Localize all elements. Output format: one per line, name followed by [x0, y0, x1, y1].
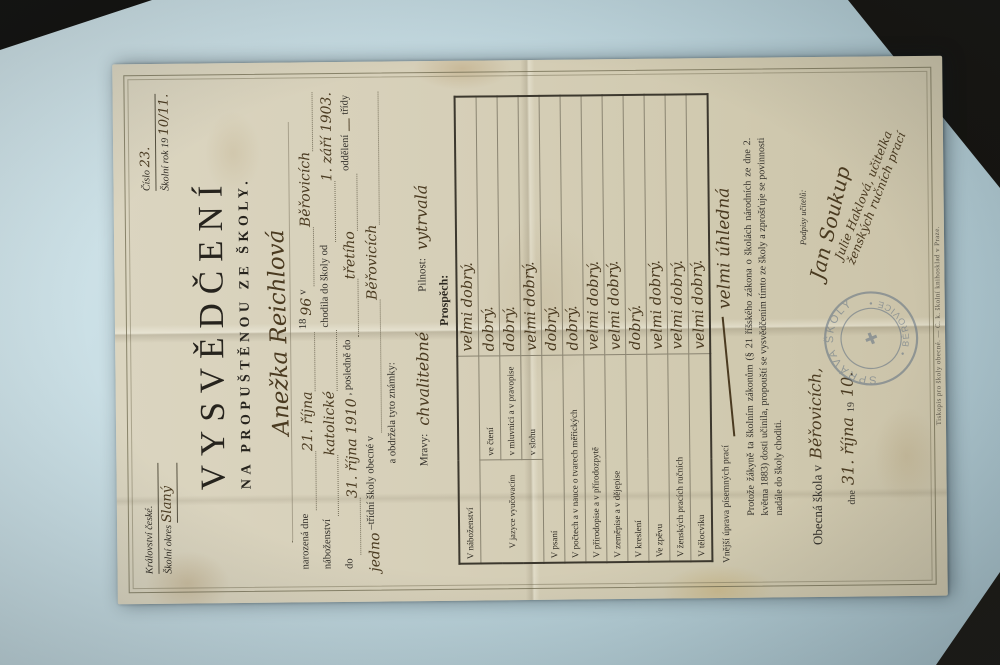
school-type-label: –třídní školy obecné v [360, 433, 383, 533]
prospech-label: Prospěch: [434, 91, 451, 326]
dash-value: — [341, 118, 357, 132]
last-label: , posledně do [337, 337, 360, 399]
mravy-value: chvalitebné [413, 332, 434, 426]
subject-label: V ženských pracích ručních [668, 354, 691, 562]
until-label: do [339, 555, 361, 572]
uprava-label: Vnější úprava písemných prací [718, 445, 735, 563]
marks-label: a obdržela tyto známky: [381, 359, 404, 466]
number-value: 23. [138, 147, 153, 168]
uprava-value: velmi úhledná [716, 188, 733, 310]
mravy-line: Mravy: chvalitebné Pilnost: vytrvalá [410, 91, 434, 466]
grade-value: velmi dobrý. [692, 260, 705, 350]
uprava-line: Vnější úprava písemných prací velmi úhle… [715, 93, 736, 563]
signatures-label: Podpisy učitelů: [798, 190, 809, 246]
school-label: Obecná škola v [809, 465, 826, 545]
grade-value: dobrý. [483, 307, 494, 352]
document-header: Království české. Školní okres Slaný Čís… [137, 94, 179, 574]
subject-label: V přírodopise a v přírodozpytě [584, 355, 607, 563]
subject-group-label: V jazyce vyučovacím [480, 460, 544, 564]
grade-value: dobrý. [630, 305, 640, 350]
born-in-label: v [293, 286, 315, 297]
header-right: Číslo 23. Školní rok 19 10/11. [137, 94, 175, 191]
subject-label: ve čtení [479, 356, 501, 460]
subject-label: V tělocviku [689, 354, 713, 562]
subject-label: V náboženství [457, 357, 481, 565]
marks-intro-line: a obdržela tyto známky: [378, 91, 404, 466]
grade-value: dobrý. [546, 306, 556, 351]
subject-label: V kreslení [626, 355, 649, 563]
district-line: Školní okres Slaný [158, 462, 178, 573]
grade-value: velmi dobrý. [524, 262, 537, 352]
tridy-label: třídy [334, 92, 356, 118]
school-place-value: Běřovicích, [805, 368, 825, 459]
svg-text:• BĚŘOVICE •: • BĚŘOVICE • [864, 288, 920, 364]
table-row: V tělocviku velmi dobrý. [686, 95, 712, 562]
year-prefix: 19 [846, 402, 857, 412]
born-date: 21. října [300, 391, 317, 451]
date-label: dne [847, 490, 858, 505]
grades-table: V náboženství velmi dobrý. V jazyce vyuč… [454, 94, 714, 566]
born-year: 96 [299, 298, 315, 316]
subject-label: v mluvnici a v pravopise [500, 356, 522, 460]
district-value: Slaný [158, 462, 178, 522]
school-stamp-icon: SPRÁVA ŠKOLY • BĚŘOVICE • ✚ [806, 273, 937, 404]
student-name: Anežka Reichlová [265, 229, 293, 436]
section-value: třetího [342, 231, 359, 279]
header-left: Království české. Školní okres Slaný [140, 462, 178, 574]
subject-label: V počtech a v nauce o tvarech měřických [563, 355, 586, 563]
document-footer: Obecná škola v Běřovicích, dne 31. října… [790, 86, 930, 567]
grade-value: velmi dobrý. [462, 263, 472, 353]
date-value: 31. října [838, 417, 858, 485]
grade-value: velmi dobrý. [672, 260, 682, 350]
student-name-line: Anežka Reichlová [266, 123, 293, 543]
subject-label: Ve zpěvu [647, 355, 670, 563]
born-year-prefix: 18 [293, 316, 315, 333]
attended-label: chodila do školy od [314, 242, 337, 331]
school-type-hand: jedno [367, 533, 383, 572]
pilnost-value: vytrvalá [411, 185, 432, 251]
school-place: Běřovicích [364, 225, 381, 300]
region-label: Království české. [140, 463, 159, 574]
born-place: Běřovicích [297, 152, 314, 227]
school-year-line: Školní rok 19 10/11. [156, 94, 175, 191]
stamp-text-bottom: • BĚŘOVICE • [864, 288, 920, 364]
number-label: Číslo [141, 170, 152, 191]
grade-value: dobrý. [567, 306, 578, 351]
subject-label: v slohu [521, 356, 543, 460]
stamp-center-mark: ✚ [862, 328, 883, 347]
until-date: 31. října 1910 [344, 398, 361, 498]
student-paragraph: Anežka Reichlová narozená dne 21. října … [266, 91, 406, 572]
number-line: Číslo 23. [137, 94, 157, 191]
mravy-label: Mravy: [414, 434, 434, 467]
grade-value: dobrý. [504, 307, 514, 352]
district-label: Školní okres [163, 525, 175, 574]
certificate-document: Království české. Školní okres Slaný Čís… [112, 56, 948, 605]
school-line: Obecná škola v Běřovicích, [805, 368, 826, 545]
law-text: Protože žákyně ta školním zákonům (§ 21 … [741, 137, 787, 515]
subject-label: V zeměpise a v dějepise [605, 355, 628, 563]
document-title: VYSVĚDČENÍ [190, 93, 235, 573]
religion-value: katolické [322, 391, 339, 456]
grade-value: velmi dobrý. [608, 261, 621, 351]
document-subtitle: NA PROPUŠTĚNOU ZE ŠKOLY. [236, 93, 257, 573]
religion-label: náboženství [317, 516, 340, 572]
subject-label: V psaní [542, 356, 565, 564]
oddeleni-label: oddělení [335, 132, 357, 174]
grade-value: velmi dobrý. [588, 261, 598, 351]
grade-value: velmi dobrý. [650, 261, 663, 351]
school-year-label: Školní rok 19 [160, 138, 172, 191]
document-content: Království české. Školní okres Slaný Čís… [135, 86, 926, 574]
born-label: narozená dne [295, 511, 318, 573]
attended-from: 1. září 1903. [318, 92, 335, 181]
pilnost-label: Pilnost: [412, 258, 432, 292]
school-year-value: 10/11. [157, 94, 172, 136]
ink-stroke [714, 317, 736, 437]
